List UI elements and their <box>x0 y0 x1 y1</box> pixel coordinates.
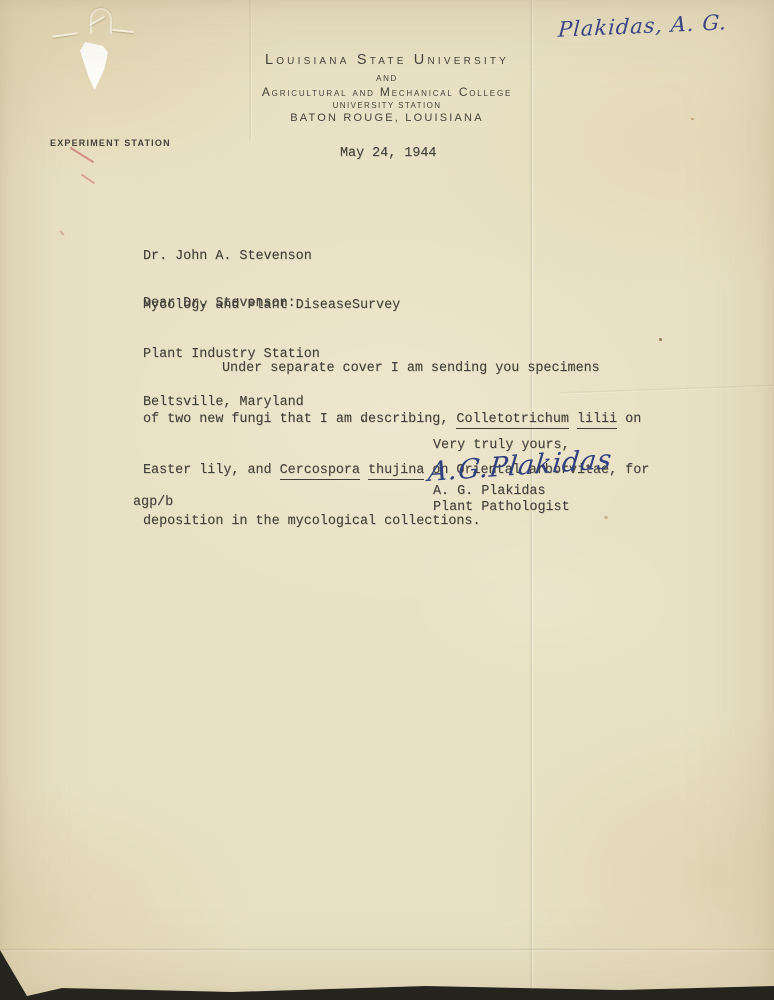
letterhead-station: University Station <box>0 101 774 110</box>
salutation: Dear Dr. Stevenson: <box>143 296 296 311</box>
letter-paper: Plakidas, A. G. Louisiana State Universi… <box>0 0 774 997</box>
handwritten-filing-annotation: Plakidas, A. G. <box>557 8 773 41</box>
letter-body: Under separate cover I am sending you sp… <box>143 326 649 564</box>
body-line-4: deposition in the mycological collection… <box>143 513 649 530</box>
body-text: of two new fungi that I am describing, <box>143 412 456 427</box>
stain-speck <box>659 338 662 341</box>
body-line-2: of two new fungi that I am describing, C… <box>143 411 649 428</box>
letterhead-experiment-station: Experiment Station <box>50 138 171 148</box>
letterhead-city: Baton Rouge, Louisiana <box>0 112 774 124</box>
body-text <box>360 463 368 478</box>
letter-date: May 24, 1944 <box>340 146 436 161</box>
underlined-species: lilii <box>577 412 617 429</box>
red-pencil-mark <box>59 230 65 236</box>
staple-emboss-arc <box>90 8 112 34</box>
staple-emboss-mark <box>52 32 78 38</box>
body-text <box>569 412 577 427</box>
sender-name: A. G. Plakidas <box>433 484 546 499</box>
body-line-1: Under separate cover I am sending you sp… <box>143 360 649 377</box>
body-text: on <box>617 412 641 427</box>
red-pencil-mark <box>81 174 95 185</box>
staple-emboss-mark <box>112 29 134 33</box>
bottom-horizontal-crease <box>0 948 774 952</box>
letterhead-university-name: Louisiana State University <box>0 52 774 68</box>
body-text: Easter lily, and <box>143 463 280 478</box>
underlined-species: thujina <box>368 463 424 480</box>
scanned-letter-page: { "annotation": { "text": "Plakidas, A. … <box>0 0 774 1000</box>
typist-reference-initials: agp/b <box>133 495 173 510</box>
letterhead-college-name: Agricultural and Mechanical College <box>0 85 774 99</box>
sender-title: Plant Pathologist <box>433 500 570 515</box>
underlined-genus: Colletotrichum <box>456 412 569 429</box>
red-pencil-mark <box>70 147 95 164</box>
letterhead-conjunction: and <box>0 74 774 83</box>
recipient-name: Dr. John A. Stevenson <box>143 249 400 265</box>
underlined-genus: Cercospora <box>280 463 360 480</box>
